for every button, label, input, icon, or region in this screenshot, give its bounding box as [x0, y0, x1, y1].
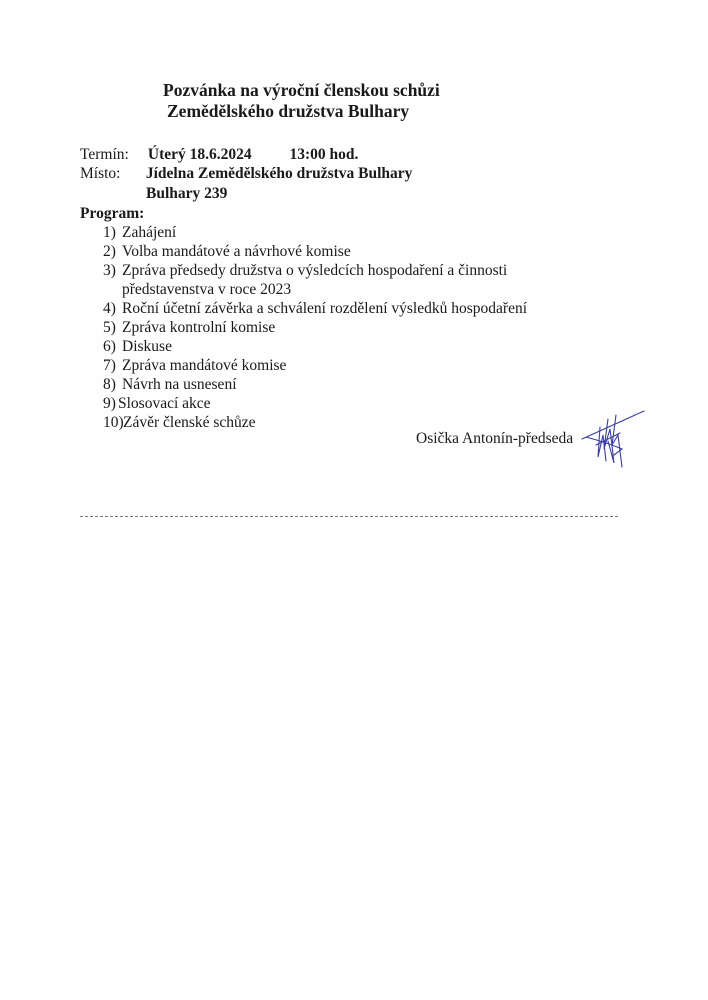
signature-name: Osička Antonín-předseda: [416, 429, 573, 448]
signature-icon: [578, 405, 648, 470]
program-item-number: 6): [103, 337, 122, 356]
program-item-text: Diskuse: [122, 338, 172, 355]
separator-line: [80, 516, 618, 517]
program-item-number: 9): [103, 394, 118, 413]
program-item-number: 2): [103, 242, 122, 261]
program-item-number: 10): [103, 413, 123, 432]
misto-line1: Jídelna Zemědělského družstva Bulhary: [146, 165, 413, 182]
program-item: 8)Návrh na usnesení: [103, 375, 237, 394]
program-item: 10)Závěr členské schůze: [103, 413, 256, 432]
program-item-text: Návrh na usnesení: [122, 376, 237, 393]
program-item-text: Zahájení: [122, 224, 176, 241]
misto-row: Místo: Jídelna Zemědělského družstva Bul…: [80, 164, 412, 183]
program-item-text: Volba mandátové a návrhové komise: [122, 243, 351, 260]
program-item-continuation: představenstva v roce 2023: [122, 280, 291, 299]
program-item: 2)Volba mandátové a návrhové komise: [103, 242, 351, 261]
termin-row: Termín: Úterý 18.6.2024 13:00 hod.: [80, 145, 358, 164]
program-item-number: 1): [103, 223, 122, 242]
document-title-line1: Pozvánka na výroční členskou schůzi: [163, 80, 440, 101]
misto-label: Místo:: [80, 164, 142, 183]
program-item: 9)Slosovací akce: [103, 394, 211, 413]
program-item-text: Roční účetní závěrka a schválení rozděle…: [122, 300, 527, 317]
termin-label: Termín:: [80, 145, 144, 164]
program-item-number: 7): [103, 356, 122, 375]
program-item-number: 3): [103, 261, 122, 280]
document-title-line2: Zemědělského družstva Bulhary: [167, 101, 409, 122]
program-item: 7)Zpráva mandátové komise: [103, 356, 286, 375]
document-page: Pozvánka na výroční členskou schůzi Země…: [0, 0, 708, 1000]
program-item-text: Zpráva mandátové komise: [122, 357, 286, 374]
program-item-text: Závěr členské schůze: [123, 414, 256, 431]
program-item: 3)Zpráva předsedy družstva o výsledcích …: [103, 261, 507, 280]
program-item-text: Zpráva kontrolní komise: [122, 319, 275, 336]
program-item-text: Zpráva předsedy družstva o výsledcích ho…: [122, 262, 507, 279]
program-item: 4)Roční účetní závěrka a schválení rozdě…: [103, 299, 527, 318]
program-item-number: 8): [103, 375, 122, 394]
termin-time: 13:00 hod.: [290, 146, 359, 163]
program-label: Program:: [80, 204, 144, 223]
program-item-number: 4): [103, 299, 122, 318]
program-item: 5)Zpráva kontrolní komise: [103, 318, 275, 337]
program-item: 1)Zahájení: [103, 223, 176, 242]
misto-line2: Bulhary 239: [146, 184, 227, 203]
termin-date: Úterý 18.6.2024: [148, 146, 252, 163]
program-item-text: Slosovací akce: [118, 395, 211, 412]
program-item-number: 5): [103, 318, 122, 337]
program-item: 6)Diskuse: [103, 337, 172, 356]
